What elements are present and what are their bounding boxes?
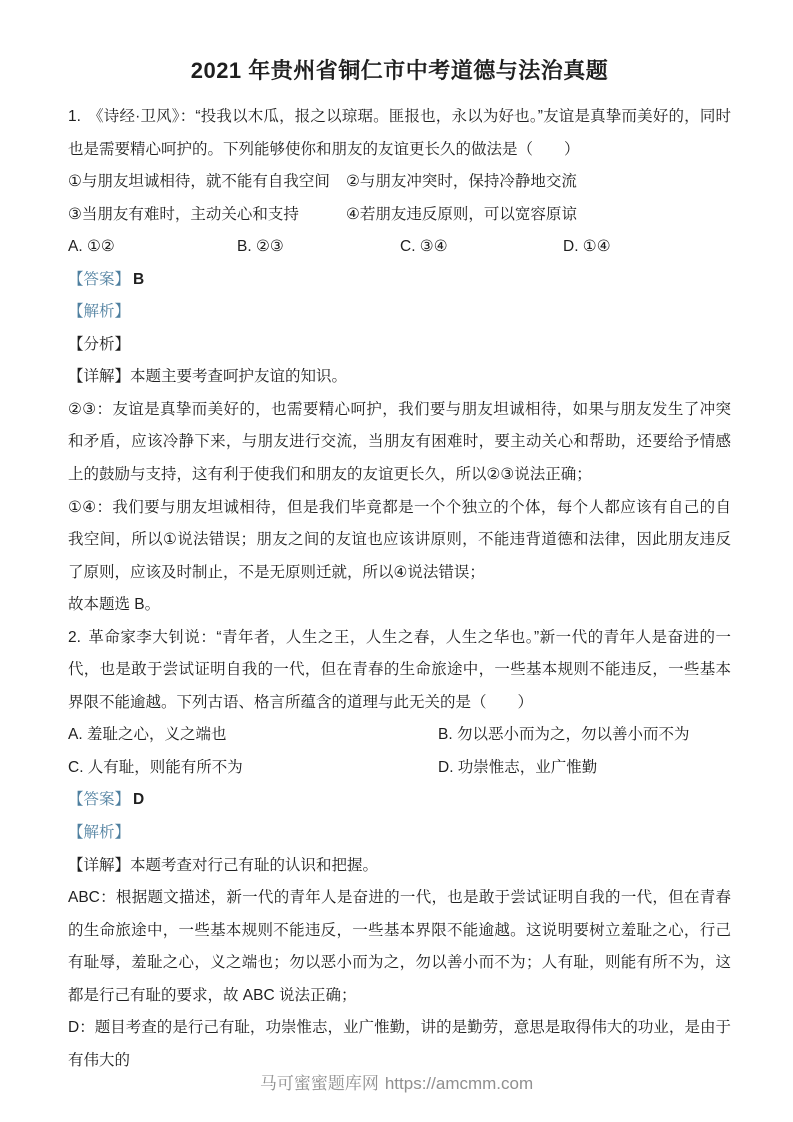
q1-jiexi-line: 【解析】	[68, 296, 731, 329]
q1-items-row-2: ③当朋友有难时，主动关心和支持 ④若朋友违反原则，可以宽容原谅	[68, 199, 731, 232]
q2-xiangjie-text: 本题考查对行己有耻的认识和把握。	[130, 857, 378, 874]
q1-answer-line: 【答案】B	[68, 264, 731, 297]
q2-jiexi-label: 【解析】	[68, 824, 130, 841]
q2-number: 2.	[68, 629, 81, 646]
q1-xiangjie-line: 【详解】本题主要考查呵护友谊的知识。	[68, 361, 731, 394]
q1-explanation-2: ①④：我们要与朋友坦诚相待，但是我们毕竟都是一个个独立的个体，每个人都应该有自己…	[68, 492, 731, 590]
q1-jiexi-label: 【解析】	[68, 303, 130, 320]
q1-item-4: ④若朋友违反原则，可以宽容原谅	[346, 199, 731, 232]
q1-choice-b: B. ②③	[237, 231, 400, 264]
footer-site-name: 马可蜜蜜题库网	[260, 1074, 379, 1093]
q2-choice-d: D. 功崇惟志，业广惟勤	[438, 752, 731, 785]
q1-answer-value: B	[133, 271, 144, 288]
q2-choices-row-1: A. 羞耻之心，义之端也 B. 勿以恶小而为之，勿以善小而不为	[68, 719, 731, 752]
q2-choice-a: A. 羞耻之心，义之端也	[68, 719, 438, 752]
q2-xiangjie-label: 【详解】	[68, 857, 130, 874]
q1-item-1: ①与朋友坦诚相待，就不能有自我空间	[68, 166, 346, 199]
q2-stem-text: 革命家李大钊说：“青年者，人生之王，人生之春，人生之华也。”新一代的青年人是奋进…	[68, 629, 731, 711]
q2-choice-b: B. 勿以恶小而为之，勿以善小而不为	[438, 719, 731, 752]
q1-stem-text: 《诗经·卫风》：“投我以木瓜，报之以琼琚。匪报也，永以为好也。”友谊是真挚而美好…	[68, 108, 731, 158]
q2-explanation-2: D：题目考查的是行己有耻，功崇惟志，业广惟勤，讲的是勤劳，意思是取得伟大的功业，…	[68, 1012, 731, 1077]
q2-stem: 2.革命家李大钊说：“青年者，人生之王，人生之春，人生之华也。”新一代的青年人是…	[68, 622, 731, 720]
q1-choice-d: D. ①④	[563, 231, 731, 264]
q1-item-3: ③当朋友有难时，主动关心和支持	[68, 199, 346, 232]
q1-choices-row: A. ①② B. ②③ C. ③④ D. ①④	[68, 231, 731, 264]
q1-stem: 1.《诗经·卫风》：“投我以木瓜，报之以琼琚。匪报也，永以为好也。”友谊是真挚而…	[68, 101, 731, 166]
q1-answer-label: 【答案】	[68, 271, 130, 288]
q1-number: 1.	[68, 108, 81, 125]
footer: 马可蜜蜜题库网https://amcmm.com	[0, 1072, 793, 1096]
q1-xiangjie-text: 本题主要考查呵护友谊的知识。	[130, 368, 347, 385]
q2-answer-label: 【答案】	[68, 791, 130, 808]
q2-answer-line: 【答案】D	[68, 784, 731, 817]
q2-explanation-1: ABC：根据题文描述，新一代的青年人是奋进的一代，也是敢于尝试证明自我的一代，但…	[68, 882, 731, 1012]
q2-jiexi-line: 【解析】	[68, 817, 731, 850]
q2-choice-c: C. 人有耻，则能有所不为	[68, 752, 438, 785]
q1-choice-a: A. ①②	[68, 231, 237, 264]
q1-conclusion: 故本题选 B。	[68, 589, 731, 622]
q1-choice-c: C. ③④	[400, 231, 563, 264]
q1-fenxi-label: 【分析】	[68, 336, 130, 353]
q1-item-2: ②与朋友冲突时，保持冷静地交流	[346, 166, 731, 199]
q2-answer-value: D	[133, 791, 144, 808]
document-title: 2021 年贵州省铜仁市中考道德与法治真题	[68, 54, 731, 87]
exam-document-page: 2021 年贵州省铜仁市中考道德与法治真题 1.《诗经·卫风》：“投我以木瓜，报…	[0, 0, 793, 1122]
q2-choices-row-2: C. 人有耻，则能有所不为 D. 功崇惟志，业广惟勤	[68, 752, 731, 785]
q1-fenxi-line: 【分析】	[68, 329, 731, 362]
q1-explanation-1: ②③：友谊是真挚而美好的，也需要精心呵护，我们要与朋友坦诚相待，如果与朋友发生了…	[68, 394, 731, 492]
q1-items-row-1: ①与朋友坦诚相待，就不能有自我空间 ②与朋友冲突时，保持冷静地交流	[68, 166, 731, 199]
q2-xiangjie-line: 【详解】本题考查对行己有耻的认识和把握。	[68, 850, 731, 883]
q1-xiangjie-label: 【详解】	[68, 368, 130, 385]
footer-url: https://amcmm.com	[385, 1074, 533, 1093]
